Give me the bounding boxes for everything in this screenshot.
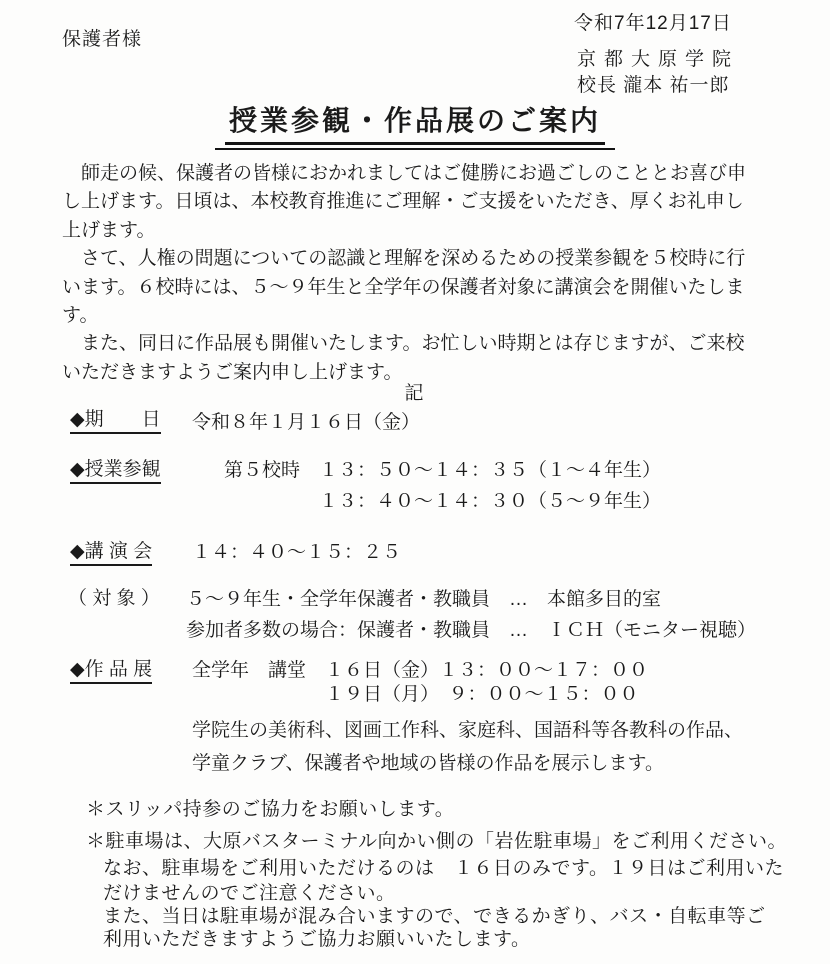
section-class-observation-time1: 第５校時 １３：５０～１４：３５（１～４年生） (224, 460, 661, 483)
note-parking-line5: 利用いただきますようご協力お願いいたします。 (103, 929, 530, 952)
body-line: さて、人権の問題についての認識と理解を深めるための授業参観を５校時に行 (62, 245, 772, 273)
greeting-body: 師走の候、保護者の皆様におかれましてはご健勝にお過ごしのこととお喜び申 し上げま… (62, 160, 772, 387)
scanned-notice-page: 令和7年12月17日 保護者様 京都大原学院 校長 瀧本 祐一郎 授業参観・作品… (0, 0, 830, 964)
body-line: し上げます。日頃は、本校教育推進にご理解・ご支援をいただき、厚くお礼申し (62, 188, 772, 216)
section-date-label: ◆期 日 (70, 409, 161, 432)
body-line: います。６校時には、５～９年生と全学年の保護者対象に講演会を開催いたしま (62, 274, 772, 302)
section-audience-line2: 参加者多数の場合：保護者・教職員 … ＩＣＨ（モニター視聴） (186, 620, 756, 643)
section-lecture-label: ◆講 演 会 (70, 541, 152, 564)
note-parking-line2: なお、駐車場をご利用いただけるのは １６日のみです。１９日はご利用いた (103, 858, 784, 881)
recipient: 保護者様 (62, 29, 142, 52)
sender-principal: 校長 瀧本 祐一郎 (577, 75, 730, 98)
section-exhibition-schedule2: １９日（月） ９：００～１５：００ (325, 684, 639, 707)
section-lecture-time: １４：４０～１５：２５ (192, 542, 401, 565)
note-parking-line4: また、当日は駐車場が混み合いますので、できるかぎり、バス・自転車等ご (103, 906, 766, 929)
body-line: す。 (62, 302, 772, 330)
note-slippers: ＊スリッパ持参のご協力をお願いします。 (86, 799, 454, 822)
issue-date: 令和7年12月17日 (574, 13, 732, 36)
body-line: 師走の候、保護者の皆様におかれましてはご健勝にお過ごしのこととお喜び申 (62, 160, 772, 188)
body-line: 上げます。 (62, 217, 772, 245)
section-exhibition-label: ◆作 品 展 (70, 659, 152, 682)
sender-school: 京都大原学院 (577, 49, 739, 72)
note-parking-line3: だけませんのでご注意ください。 (103, 883, 396, 906)
section-exhibition-desc2: 学童クラブ、保護者や地域の皆様の作品を展示します。 (192, 753, 664, 776)
section-class-observation-label: ◆授業参観 (70, 459, 161, 482)
section-exhibition-schedule1: 全学年 講堂 １６日（金）１３：００～１７：００ (192, 660, 648, 683)
section-date-value: 令和８年１月１６日（金） (192, 412, 420, 435)
section-audience-line1: ５～９年生・全学年保護者・教職員 … 本館多目的室 (186, 589, 661, 612)
section-exhibition-desc1: 学院生の美術科、図画工作科、家庭科、国語科等各教科の作品、 (192, 720, 743, 743)
section-audience-label: （ 対 象 ） (68, 588, 160, 611)
note-parking-line1: ＊駐車場は、大原バスターミナル向かい側の「岩佐駐車場」をご利用ください。 (86, 831, 787, 854)
notice-title-wrap: 授業参観・作品展のご案内 (12, 99, 818, 150)
body-line: また、同日に作品展も開催いたします。お忙しい時期とは存じますが、ご来校 (62, 330, 772, 358)
notice-title: 授業参観・作品展のご案内 (225, 99, 605, 145)
section-class-observation-time2: １３：４０～１４：３０（５～９年生） (319, 491, 661, 514)
title-double-underline: 授業参観・作品展のご案内 (215, 99, 615, 150)
record-marker: 記 (0, 383, 830, 406)
